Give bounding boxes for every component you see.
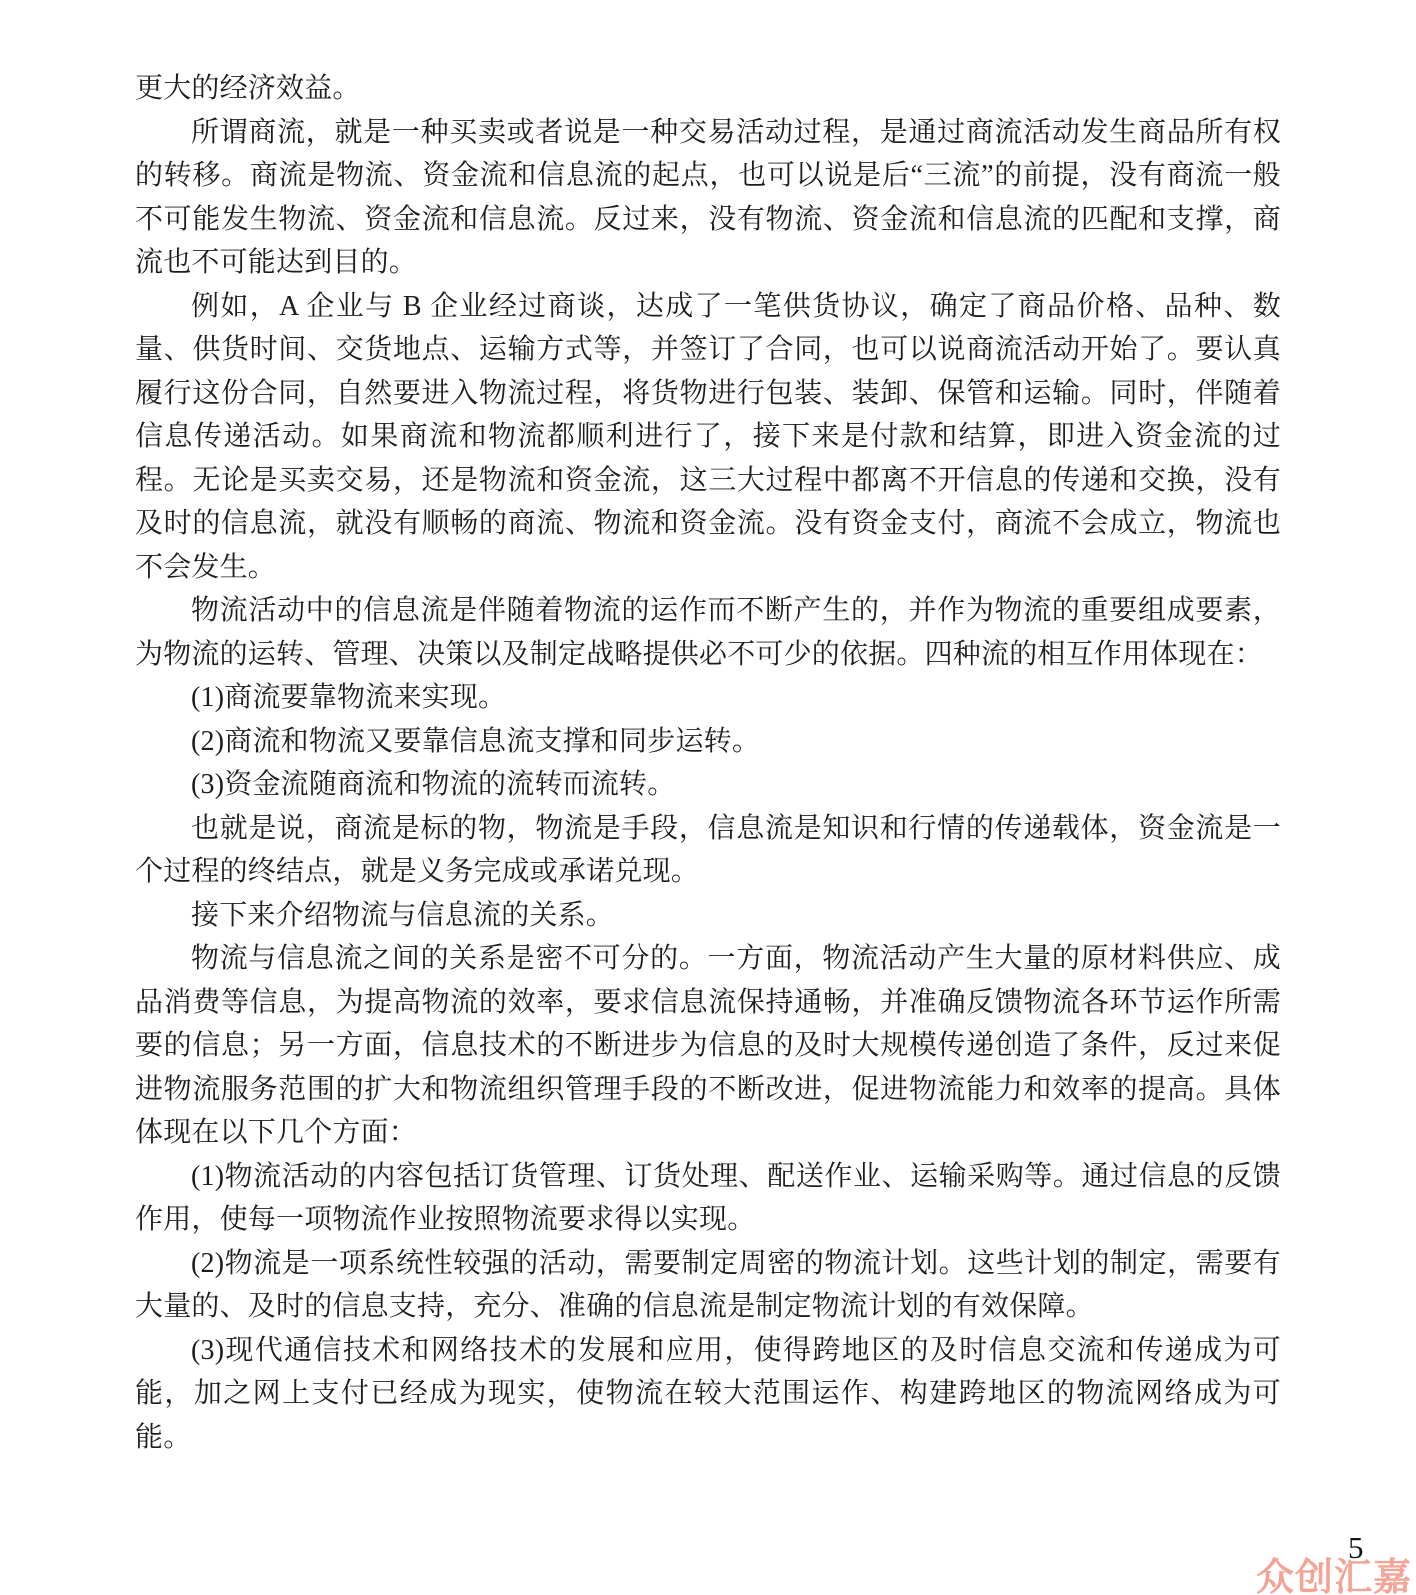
page-body: 更大的经济效益。 所谓商流，就是一种买卖或者说是一种交易活动过程，是通过商流活动… bbox=[135, 67, 1281, 1459]
list-item-6: (3)现代通信技术和网络技术的发展和应用，使得跨地区的及时信息交流和传递成为可能… bbox=[135, 1329, 1281, 1460]
paragraph-4: 物流活动中的信息流是伴随着物流的运作而不断产生的，并作为物流的重要组成要素，为物… bbox=[135, 589, 1281, 676]
list-item-3: (3)资金流随商流和物流的流转而流转。 bbox=[135, 763, 1281, 807]
list-item-2: (2)商流和物流又要靠信息流支撑和同步运转。 bbox=[135, 720, 1281, 764]
paragraph-9: 接下来介绍物流与信息流的关系。 bbox=[135, 894, 1281, 938]
watermark: 众创汇嘉 bbox=[1256, 1559, 1412, 1595]
paragraph-8: 也就是说，商流是标的物，物流是手段，信息流是知识和行情的传递载体，资金流是一个过… bbox=[135, 807, 1281, 894]
list-item-1: (1)商流要靠物流来实现。 bbox=[135, 676, 1281, 720]
document-page: 更大的经济效益。 所谓商流，就是一种买卖或者说是一种交易活动过程，是通过商流活动… bbox=[0, 0, 1416, 1595]
paragraph-10: 物流与信息流之间的关系是密不可分的。一方面，物流活动产生大量的原材料供应、成品消… bbox=[135, 937, 1281, 1155]
paragraph-1: 更大的经济效益。 bbox=[135, 67, 1281, 111]
list-item-4: (1)物流活动的内容包括订货管理、订货处理、配送作业、运输采购等。通过信息的反馈… bbox=[135, 1155, 1281, 1242]
paragraph-3: 例如，A 企业与 B 企业经过商谈，达成了一笔供货协议，确定了商品价格、品种、数… bbox=[135, 285, 1281, 590]
paragraph-2: 所谓商流，就是一种买卖或者说是一种交易活动过程，是通过商流活动发生商品所有权的转… bbox=[135, 111, 1281, 285]
list-item-5: (2)物流是一项系统性较强的活动，需要制定周密的物流计划。这些计划的制定，需要有… bbox=[135, 1242, 1281, 1329]
